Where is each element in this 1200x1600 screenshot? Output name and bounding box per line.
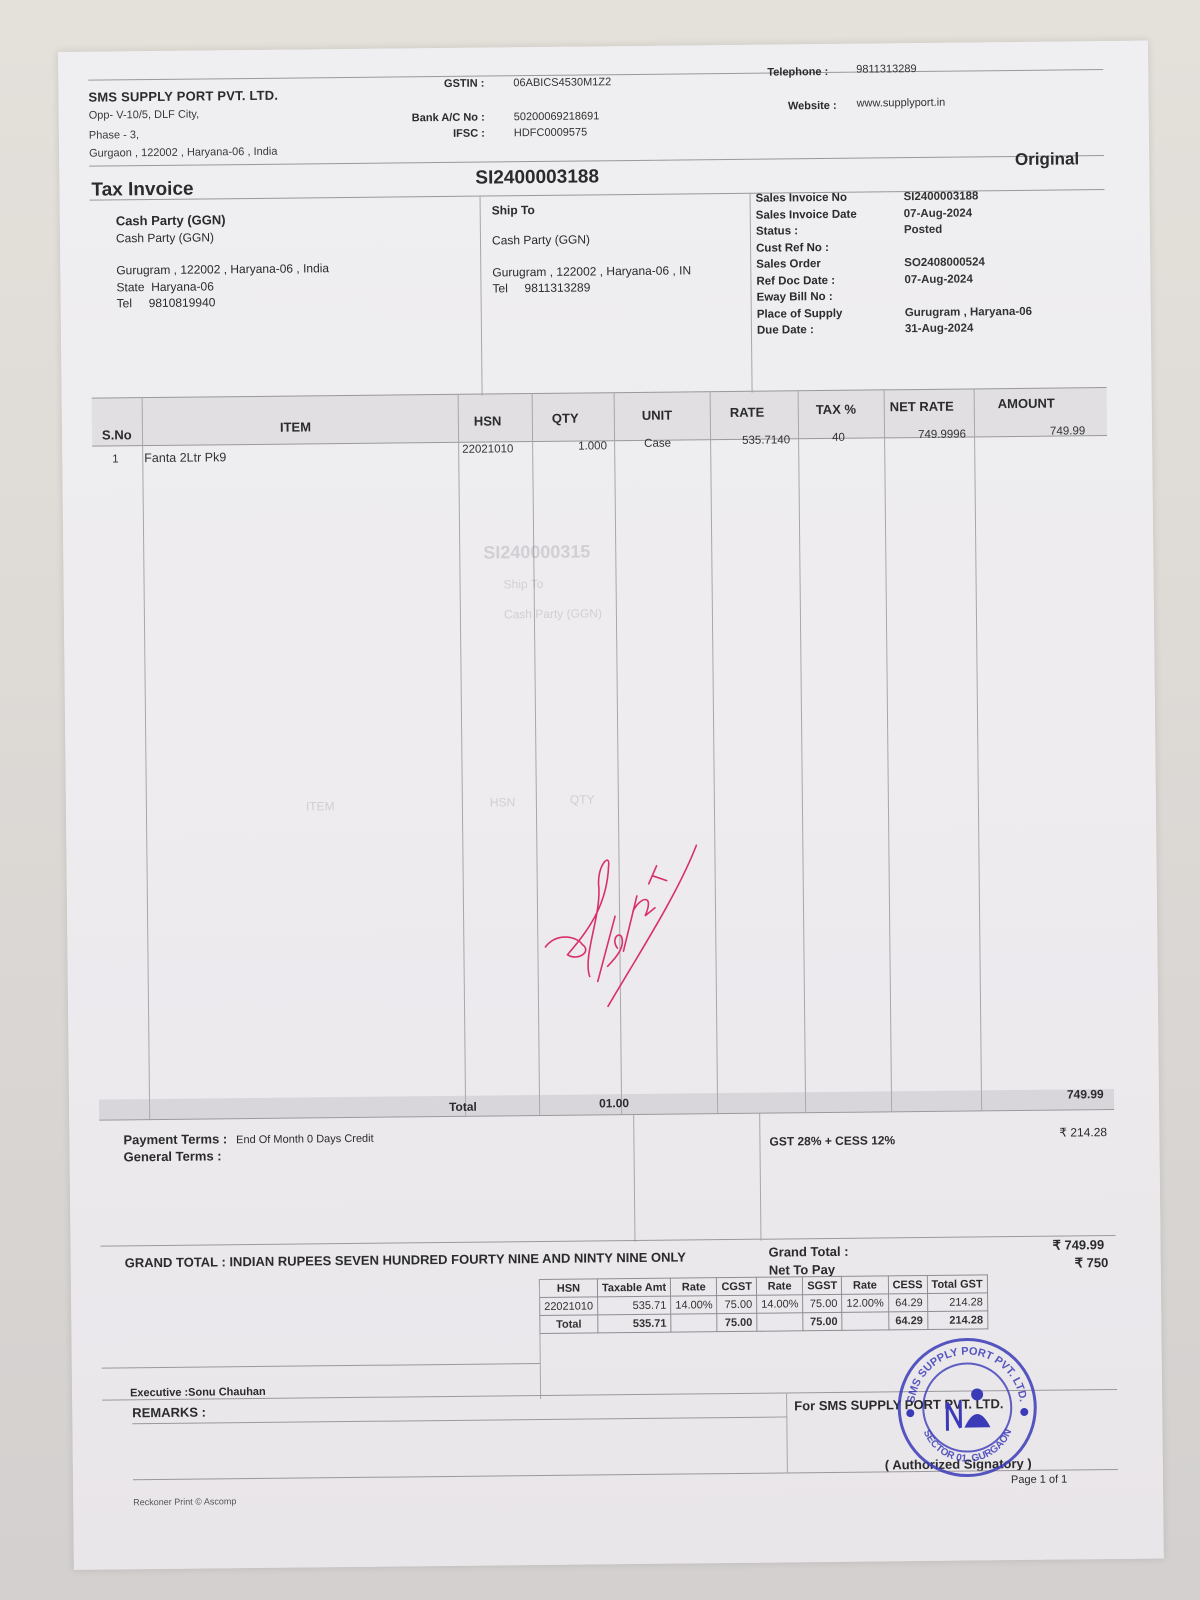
telephone-value: 9811313289: [856, 63, 916, 76]
divider: [142, 397, 151, 1119]
meta-row: Place of SupplyGurugram , Haryana-06: [757, 303, 1032, 322]
divider: [458, 394, 467, 1116]
col-header-tax: TAX %: [816, 402, 856, 417]
hsn-tax-summary-table: HSNTaxable AmtRateCGSTRateSGSTRateCESSTo…: [539, 1274, 988, 1334]
bill-to-name-bold: Cash Party (GGN): [116, 212, 226, 228]
meta-label: Sales Invoice No: [755, 189, 903, 207]
cell-tax: 40: [832, 432, 845, 444]
bank-account-label: Bank A/C No :: [375, 112, 485, 125]
bill-to-tel: Tel 9810819940: [117, 295, 216, 310]
bank-account-value: 50200069218691: [514, 110, 600, 123]
tel-value: 9811313289: [524, 280, 590, 295]
tax-line-amount: ₹ 214.28: [1059, 1125, 1107, 1139]
company-name: SMS SUPPLY PORT PVT. LTD.: [88, 88, 278, 105]
col-header-rate: RATE: [730, 405, 765, 420]
payment-terms: Payment Terms : End Of Month 0 Days Cred…: [123, 1129, 373, 1150]
cell-net-rate: 749.9996: [918, 429, 966, 442]
divider: [102, 1363, 540, 1369]
tax-total-cell: 64.29: [888, 1311, 927, 1329]
divider: [798, 390, 807, 1112]
tax-total-cell: 214.28: [927, 1311, 987, 1330]
col-header-item: ITEM: [280, 419, 311, 434]
bill-to-state: State Haryana-06: [116, 279, 214, 294]
ship-to-name: Cash Party (GGN): [492, 232, 590, 247]
tax-cell: 214.28: [927, 1293, 987, 1312]
tax-col-header: Taxable Amt: [597, 1278, 670, 1297]
divider: [759, 1113, 761, 1241]
tax-col-header: Total GST: [927, 1275, 987, 1294]
tax-col-header: CESS: [888, 1275, 927, 1293]
website-link[interactable]: www.supplyport.in: [857, 97, 946, 110]
col-header-net-rate: NET RATE: [890, 399, 954, 415]
meta-value: 31-Aug-2024: [905, 320, 974, 337]
divider: [633, 1114, 635, 1242]
ghost-text: Ship To: [504, 577, 544, 591]
cell-hsn: 22021010: [462, 443, 513, 456]
ship-to-address: Gurugram , 122002 , Haryana-06 , IN: [492, 263, 691, 279]
divider: [710, 391, 719, 1113]
ghost-text: QTY: [570, 792, 595, 806]
gstin-value: 06ABICS4530M1Z2: [513, 76, 611, 89]
meta-value: Gurugram , Haryana-06: [905, 303, 1032, 321]
meta-value: SI2400003188: [903, 188, 978, 205]
payment-terms-label: Payment Terms :: [123, 1131, 227, 1147]
divider: [884, 389, 893, 1111]
grand-total-label: Grand Total :: [769, 1244, 849, 1260]
tax-cell: 64.29: [888, 1293, 927, 1311]
ship-to-tel: Tel 9811313289: [492, 280, 590, 295]
meta-value: Posted: [904, 222, 943, 239]
website-label: Website :: [727, 100, 837, 113]
col-header-hsn: HSN: [474, 413, 502, 428]
tax-col-header: Rate: [756, 1277, 802, 1295]
ghost-text: SI240000315: [483, 541, 590, 563]
tel-label: Tel: [492, 281, 507, 295]
tax-cell: 535.71: [598, 1296, 671, 1315]
meta-value: 07-Aug-2024: [904, 205, 973, 222]
invoice-number-heading: SI2400003188: [475, 166, 599, 189]
divider: [480, 196, 483, 396]
state-label: State: [116, 280, 144, 294]
handwritten-signature-icon: [536, 835, 708, 1017]
divider: [101, 1235, 1116, 1247]
ifsc-value: HDFC0009575: [514, 126, 587, 139]
payment-terms-value: End Of Month 0 Days Credit: [236, 1133, 374, 1146]
company-stamp-icon: SMS SUPPLY PORT PVT. LTD. SECTOR 01, GUR…: [891, 1332, 1043, 1484]
col-header-amount: AMOUNT: [998, 396, 1055, 412]
tax-total-cell: [757, 1313, 803, 1331]
meta-label: Sales Order: [756, 255, 904, 273]
meta-row: Due Date :31-Aug-2024: [757, 320, 1032, 339]
col-header-qty: QTY: [552, 411, 579, 426]
meta-label: Ref Doc Date :: [756, 272, 904, 290]
tax-cell: 75.00: [717, 1295, 757, 1313]
meta-label: Sales Invoice Date: [756, 206, 904, 224]
cell-unit: Case: [644, 438, 671, 450]
divider: [750, 193, 753, 393]
grand-total-value: ₹ 749.99: [1052, 1237, 1104, 1254]
tax-total-cell: [671, 1314, 717, 1332]
meta-label: Cust Ref No :: [756, 239, 904, 257]
tax-cell: 12.00%: [842, 1294, 888, 1312]
total-amount: 749.99: [1067, 1087, 1104, 1101]
meta-label: Due Date :: [757, 321, 905, 339]
cell-sno: 1: [112, 453, 119, 465]
bill-to-address: Gurugram , 122002 , Haryana-06 , India: [116, 261, 329, 277]
tax-col-header: Rate: [842, 1276, 888, 1294]
total-label: Total: [449, 1100, 477, 1114]
ifsc-label: IFSC :: [375, 128, 485, 141]
tax-total-cell: 75.00: [717, 1313, 757, 1331]
gstin-label: GSTIN :: [374, 78, 484, 91]
tax-total-cell: 75.00: [803, 1312, 842, 1330]
tax-col-header: SGST: [803, 1276, 842, 1294]
meta-label: Place of Supply: [757, 305, 905, 323]
tax-cell: 75.00: [803, 1294, 842, 1312]
copy-label: Original: [1015, 149, 1079, 170]
tax-total-cell: Total: [540, 1315, 598, 1334]
remarks-label: REMARKS :: [132, 1405, 206, 1421]
ghost-text: Cash Party (GGN): [504, 606, 602, 621]
printed-by: Reckoner Print © Ascomp: [133, 1496, 236, 1507]
col-header-unit: UNIT: [642, 408, 672, 423]
meta-label: Eway Bill No :: [757, 288, 905, 306]
tel-label: Tel: [117, 296, 132, 310]
telephone-label: Telephone :: [718, 66, 828, 79]
divider: [132, 1416, 787, 1424]
tax-col-header: Rate: [671, 1278, 717, 1296]
tax-total-row: Total535.7175.0075.0064.29214.28: [540, 1311, 988, 1334]
company-address-line-3: Gurgaon , 122002 , Haryana-06 , India: [89, 146, 277, 160]
grand-total-words: GRAND TOTAL : INDIAN RUPEES SEVEN HUNDRE…: [125, 1249, 686, 1270]
cell-qty: 1.000: [578, 440, 607, 452]
tax-cell: 14.00%: [671, 1296, 717, 1314]
tel-value: 9810819940: [149, 295, 216, 310]
tax-cell: 22021010: [540, 1297, 598, 1316]
table-row: 1 Fanta 2Ltr Pk9 22021010 1.000 Case 535…: [58, 41, 1148, 52]
company-address-line-1: Opp- V-10/5, DLF City,: [89, 109, 200, 122]
invoice-paper: SMS SUPPLY PORT PVT. LTD. Opp- V-10/5, D…: [58, 41, 1164, 1570]
total-qty: 01.00: [599, 1096, 629, 1110]
cell-amount: 749.99: [1050, 425, 1085, 437]
ghost-text: HSN: [490, 795, 515, 809]
tax-cell: 14.00%: [757, 1295, 803, 1313]
tax-total-cell: [842, 1312, 888, 1330]
cell-item: Fanta 2Ltr Pk9: [144, 450, 226, 465]
tax-col-header: HSN: [539, 1279, 597, 1298]
meta-label: Status :: [756, 222, 904, 240]
col-header-sno: S.No: [102, 427, 132, 442]
cell-rate: 535.7140: [742, 434, 790, 447]
state-value: Haryana-06: [151, 279, 214, 294]
divider: [786, 1392, 788, 1472]
ship-to-heading: Ship To: [492, 203, 535, 217]
svg-text:SECTOR 01, GURGAON: SECTOR 01, GURGAON: [921, 1427, 1015, 1465]
tax-total-cell: 535.71: [598, 1314, 671, 1333]
invoice-meta: Sales Invoice NoSI2400003188Sales Invoic…: [755, 188, 1032, 339]
net-to-pay-value: ₹ 750: [1075, 1255, 1109, 1271]
divider: [974, 388, 983, 1110]
general-terms-label: General Terms :: [123, 1148, 221, 1164]
company-address-line-2: Phase - 3,: [89, 129, 139, 142]
tax-line-label: GST 28% + CESS 12%: [769, 1133, 895, 1148]
meta-value: 07-Aug-2024: [904, 271, 973, 288]
ghost-text: ITEM: [306, 799, 335, 813]
bill-to-name: Cash Party (GGN): [116, 230, 214, 245]
meta-value: SO2408000524: [904, 254, 985, 271]
tax-col-header: CGST: [717, 1277, 757, 1295]
